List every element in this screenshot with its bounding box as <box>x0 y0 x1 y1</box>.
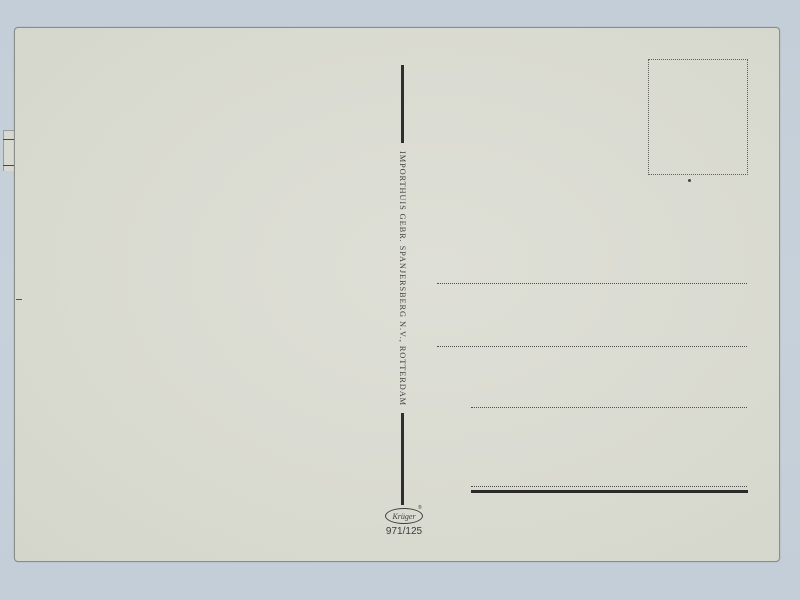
divider-line-top <box>401 65 404 143</box>
publisher-text-block: IMPORTHUIS GEBR. SPANJERSBERG N.V., ROTT… <box>393 143 411 413</box>
address-line-2 <box>437 346 747 347</box>
address-line-4 <box>471 486 747 487</box>
publisher-text: IMPORTHUIS GEBR. SPANJERSBERG N.V., ROTT… <box>398 151 407 406</box>
divider-line-bottom <box>401 413 404 505</box>
logo-text: Krüger <box>392 512 415 521</box>
stamp-box <box>648 59 748 175</box>
address-line-3 <box>471 407 747 408</box>
edge-mark <box>16 299 22 300</box>
address-underline-solid <box>471 490 748 493</box>
address-line-1 <box>437 283 747 284</box>
stamp-dot <box>688 179 691 182</box>
registered-mark: ® <box>418 505 422 511</box>
catalog-number: 971/125 <box>381 526 427 537</box>
